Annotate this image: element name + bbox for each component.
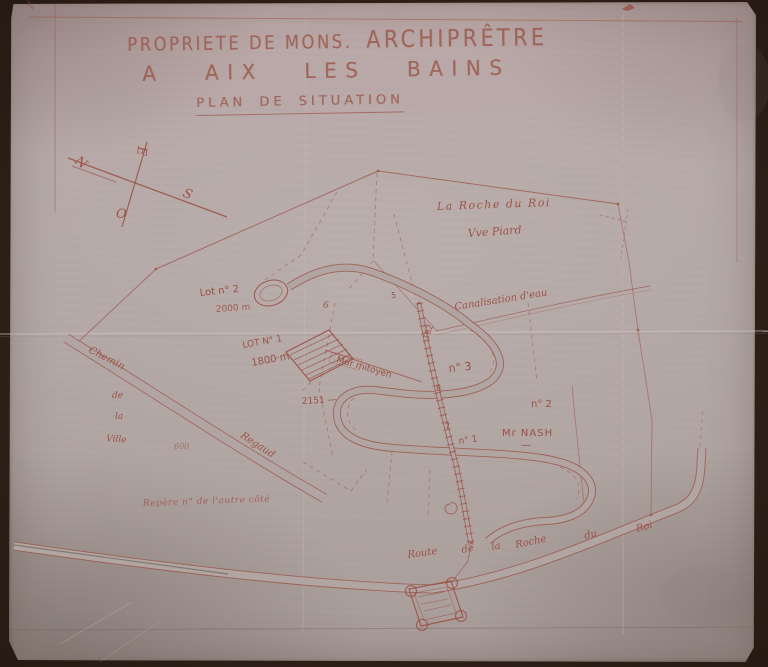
spiral-mark bbox=[445, 503, 457, 514]
label-n3: n° 3 bbox=[448, 360, 472, 375]
scanned-plan-photo: N E S O bbox=[0, 0, 768, 667]
label-5: 5 bbox=[391, 291, 396, 300]
label-roche-du-roi: La Roche du Roi bbox=[436, 196, 551, 213]
label-nash-dash: — bbox=[521, 440, 531, 451]
label-route-word1: Route bbox=[406, 546, 438, 561]
plan-subtitle: PLAN DE SITUATION bbox=[196, 92, 404, 116]
compass-north-label: N bbox=[71, 153, 91, 173]
label-vve-piard: Vve Piard bbox=[467, 223, 522, 240]
label-measure-2151: 2151 — bbox=[302, 395, 337, 407]
label-route-word4: Roche bbox=[513, 534, 547, 552]
plan-title-line1: PROPRIETE DE MONS.ARCHIPRÊTRE bbox=[127, 23, 547, 57]
compass-east-label: E bbox=[133, 145, 149, 157]
label-wall: Mur mitoyen bbox=[335, 355, 392, 380]
label-8: 8 bbox=[436, 384, 441, 393]
label-lot2: Lot n° 2 bbox=[199, 284, 239, 299]
label-600: 600 bbox=[174, 442, 189, 451]
title-archipretre: ARCHIPRÊTRE bbox=[366, 23, 547, 54]
road-graphite-line bbox=[14, 545, 228, 574]
label-lot1-area: 1800 m bbox=[251, 351, 291, 368]
compass-west-label: O bbox=[116, 207, 127, 222]
compass-south-label: S bbox=[181, 186, 195, 203]
label-repere-note: Repère n° de l'autre côté bbox=[142, 494, 271, 509]
road-bottom-route bbox=[14, 448, 702, 589]
label-lot1: LOT N° 1 bbox=[242, 334, 283, 351]
label-7: 7 bbox=[445, 422, 450, 431]
label-nash: Mr NASH bbox=[502, 428, 553, 439]
label-route-word3: la bbox=[491, 541, 502, 553]
map-labels: La Roche du Roi Vve Piard Canalisation d… bbox=[87, 196, 654, 561]
turning-loop bbox=[251, 276, 291, 310]
title-propriete: PROPRIETE DE MONS. bbox=[127, 31, 352, 56]
label-n1: n° 1 bbox=[458, 434, 478, 447]
property-boundary bbox=[76, 171, 703, 515]
label-6: 6 bbox=[323, 301, 329, 311]
label-chemin-la: la bbox=[115, 412, 123, 422]
label-chemin-de: de bbox=[112, 391, 123, 401]
registration-mark bbox=[622, 4, 635, 11]
compass-rose: N E S O bbox=[68, 142, 227, 227]
label-route-word2: de bbox=[461, 543, 475, 556]
label-n2: n° 2 bbox=[531, 399, 552, 410]
label-chemin-ville: Ville bbox=[106, 434, 127, 446]
label-lot2-area: 2000 m bbox=[216, 303, 251, 315]
boundary-stones bbox=[155, 170, 653, 545]
